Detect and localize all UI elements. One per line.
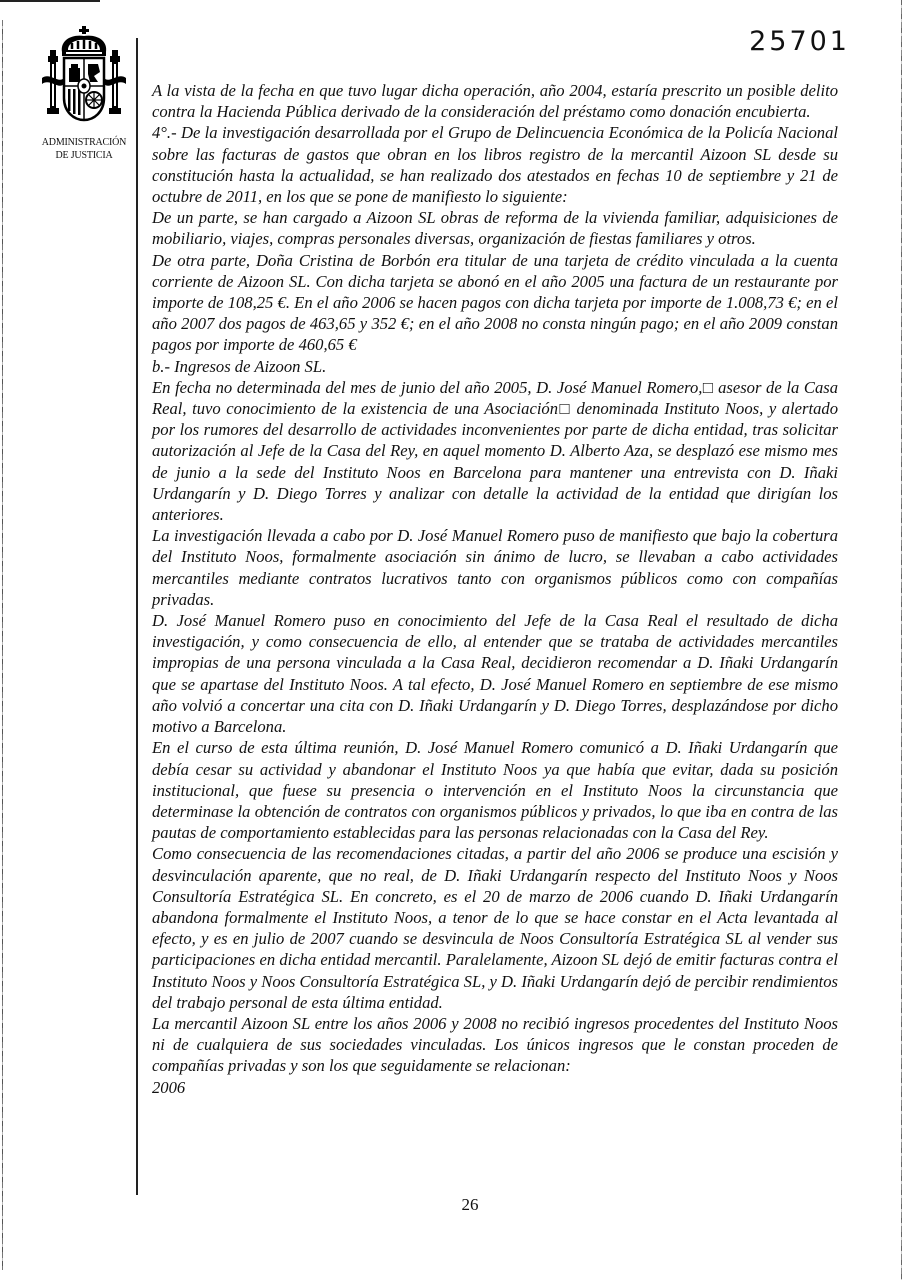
document-body: A la vista de la fecha en que tuvo lugar… (152, 80, 838, 1098)
paragraph: En fecha no determinada del mes de junio… (152, 377, 838, 525)
paragraph: Como consecuencia de las recomendaciones… (152, 843, 838, 1013)
paragraph: De un parte, se han cargado a Aizoon SL … (152, 207, 838, 249)
organization-name-line2: de Justicia (30, 149, 138, 162)
section-heading: b.- Ingresos de Aizoon SL. (152, 356, 838, 377)
organization-name: Administración de Justicia (30, 136, 138, 162)
paragraph: La investigación llevada a cabo por D. J… (152, 525, 838, 610)
spanish-coat-of-arms-icon (38, 26, 130, 130)
organization-name-line1: Administración (30, 136, 138, 149)
paragraph: La mercantil Aizoon SL entre los años 20… (152, 1013, 838, 1077)
paragraph: A la vista de la fecha en que tuvo lugar… (152, 80, 838, 122)
document-number-stamp: 25701 (749, 26, 850, 57)
scan-border-right (901, 0, 902, 1280)
margin-divider-line (136, 38, 138, 1195)
page-number: 26 (0, 1195, 906, 1215)
paragraph: En el curso de esta última reunión, D. J… (152, 737, 838, 843)
scan-border-top (0, 0, 100, 2)
scan-border-left (2, 20, 3, 1270)
year-label: 2006 (152, 1077, 838, 1098)
paragraph: De otra parte, Doña Cristina de Borbón e… (152, 250, 838, 356)
paragraph: 4°.- De la investigación desarrollada po… (152, 122, 838, 207)
paragraph: D. José Manuel Romero puso en conocimien… (152, 610, 838, 737)
